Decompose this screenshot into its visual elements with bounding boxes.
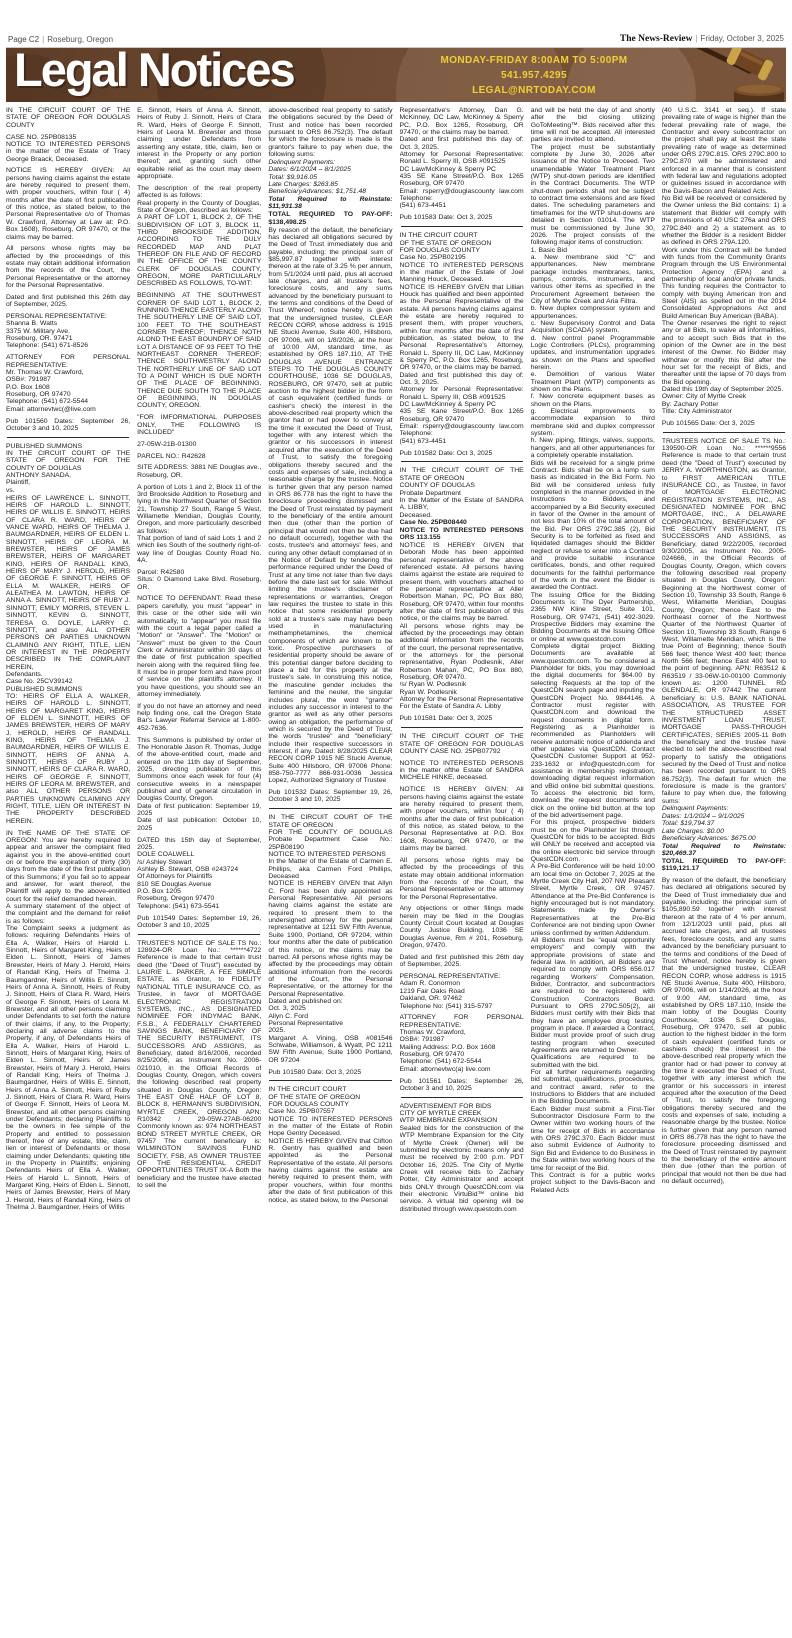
notice-separator xyxy=(138,934,260,935)
separator: | xyxy=(42,35,44,44)
notice-column-5: and will be held the day of and shortly … xyxy=(531,107,655,1626)
office-hours: MONDAY-FRIDAY 8:00AM TO 5:00PM xyxy=(400,53,668,68)
notice-paragraph: By reason of the default, the beneficiar… xyxy=(662,877,786,1185)
notice-paragraph: Case No. 25PB08440 NOTICE TO INTERESTED … xyxy=(400,519,524,541)
notice-paragraph: Pub 101565 Date: Oct 3, 2025 xyxy=(662,420,786,427)
notice-paragraph: NOTICE IS HEREBY GIVEN: All persons havi… xyxy=(6,167,130,240)
notice-paragraph: Pub 101581 Date: Oct 3, 2025 xyxy=(400,715,524,722)
notice-paragraph: HEIRS OF LAWRENCE L. SINNOTT, HEIRS OF H… xyxy=(6,495,130,825)
phone-number: 541.957.4295 xyxy=(400,68,668,83)
notice-paragraph: "FOR IMFORMATIONAL PURPOSES ONLY, THE FO… xyxy=(137,414,261,436)
notice-paragraph: All persons whose rights may be affected… xyxy=(400,857,524,901)
page-number-location: Page C2|Roseburg, Oregon xyxy=(8,35,113,44)
notice-paragraph: The description of the real property aff… xyxy=(137,185,261,288)
notice-paragraph: This Summons is published by order of Th… xyxy=(137,737,261,832)
notice-paragraph: E. Sinnott, Heirs of Anna A. Sinnott, He… xyxy=(137,107,261,180)
notice-paragraph: Dated and first published this 26th day … xyxy=(400,954,524,969)
notice-paragraph: Delinquent Payments: Dates: 1/1/2024 – 9… xyxy=(662,805,786,842)
notice-paragraph: IN THE CIRCUIT COURT OF THE STATE OF ORE… xyxy=(268,1086,392,1204)
notice-paragraph: Parcel: R42580 Situs: 0 Diamond Lake Blv… xyxy=(137,569,261,591)
notice-paragraph: All persons whose rights may be affected… xyxy=(6,245,130,289)
notice-paragraph: NOTICE TO DEFENDANT: Read these papers c… xyxy=(137,595,261,698)
notice-separator xyxy=(7,437,129,438)
notice-paragraph: NOTICE IS HEREBY GIVEN: All persons havi… xyxy=(400,786,524,852)
newspaper-title: The News-Review xyxy=(620,34,693,44)
notice-paragraph: By reason of the default, the beneficiar… xyxy=(268,227,392,785)
notice-separator xyxy=(401,727,523,728)
notice-paragraph: IN THE CIRCUIT COURT OF THE STATE OF ORE… xyxy=(400,232,524,445)
notice-paragraph: DATED this 15th day of September, 2025. … xyxy=(137,837,261,910)
notice-paragraph: ADVERTISEMENT FOR BIDS CITY OF MYRTLE CR… xyxy=(400,1103,524,1213)
notice-column-2: E. Sinnott, Heirs of Anna A. Sinnott, He… xyxy=(137,107,261,1626)
notice-paragraph: PERSONAL REPRESENTATIVE: Shanna B. Watts… xyxy=(6,313,130,350)
paper-name-date: The News-Review|Friday, October 3, 2025 xyxy=(620,34,784,44)
gavel-icon xyxy=(678,48,786,102)
notice-paragraph: PUBLISHED SUMMONS IN THE CIRCUIT COURT O… xyxy=(6,443,130,494)
notice-paragraph: Representative's Attorney, Dan G. McKinn… xyxy=(400,107,524,210)
notice-paragraph: Delinquent Payments: Dates: 6/1/2024 – 8… xyxy=(268,159,392,196)
notice-column-3: above-described real property to satisfy… xyxy=(268,107,392,1626)
notice-separator xyxy=(663,432,785,433)
notice-column-4: Representative's Attorney, Dan G. McKinn… xyxy=(400,107,524,1626)
notice-paragraph: Any objections or other filings made her… xyxy=(400,905,524,949)
notice-paragraph: If you do not have an attorney and need … xyxy=(137,703,261,732)
notice-paragraph: IN THE CIRCUIT COURT OF THE STATE OF ORE… xyxy=(268,814,392,1064)
notice-paragraph: SITE ADDRESS: 3881 NE Douglas ave., Rose… xyxy=(137,464,261,479)
notice-paragraph: Pub 101532 Dates: September 19, 26, Octo… xyxy=(268,789,392,804)
notice-paragraph: TRUSTEES NOTICE OF SALE TS No.: 139590-O… xyxy=(662,438,786,805)
notice-paragraph: BEGINNING AT THE SOUTHWEST CORNER OF SAI… xyxy=(137,292,261,410)
notice-paragraph: above-described real property to satisfy… xyxy=(268,107,392,158)
notice-paragraph: NOTICE IS HEREBY GIVEN that Deborah Mode… xyxy=(400,542,524,711)
location-label: Roseburg, Oregon xyxy=(47,35,113,44)
notice-paragraph: CASE NO. 25PB08135 NOTICE TO INTERESTED … xyxy=(6,134,130,163)
notice-separator xyxy=(269,1080,391,1081)
newspaper-page: Page C2|Roseburg, Oregon The News-Review… xyxy=(0,0,792,1638)
notice-paragraph: Dated and first published this 26th day … xyxy=(6,294,130,309)
separator: | xyxy=(695,34,697,43)
notice-column-1: IN THE CIRCUIT COURT OF THE STATE OF ORE… xyxy=(6,107,130,1626)
page-number: Page C2 xyxy=(8,35,39,44)
notice-paragraph: Total Required to Reinstate: $11,931.38 xyxy=(268,196,392,211)
notice-paragraph: IN THE CIRCUIT COURT OF THE STATE OF ORE… xyxy=(400,467,524,518)
notice-paragraph: Pub 101561 Dates: September 26, October … xyxy=(400,1078,524,1093)
section-title: Legal Notices xyxy=(14,48,294,97)
notice-paragraph: ATTORNEY FOR PERSONAL REPRESENTATIVE: Th… xyxy=(400,1014,524,1073)
page-header: Page C2|Roseburg, Oregon The News-Review… xyxy=(6,0,786,48)
notice-paragraph: IN THE NAME OF THE STATE OF OREGON: You … xyxy=(6,830,130,1212)
notice-paragraph: Pub 101549 Dates: September 19, 26, Octo… xyxy=(137,915,261,930)
notice-paragraph: Pub 101582 Date: Oct 3, 2025 xyxy=(400,450,524,457)
notice-separator xyxy=(401,461,523,462)
notice-paragraph: ATTORNEY FOR PERSONAL REPRESENTATIVE: Mr… xyxy=(6,354,130,413)
notice-paragraph: IN THE CIRCUIT COURT OF THE STATE OF ORE… xyxy=(400,733,524,755)
legal-notices-columns: IN THE CIRCUIT COURT OF THE STATE OF ORE… xyxy=(6,102,786,1626)
notice-paragraph: Pub 101560 Dates: September 26, October … xyxy=(6,418,130,433)
notice-paragraph: IN THE CIRCUIT COURT OF THE STATE OF ORE… xyxy=(6,107,130,129)
notice-separator xyxy=(401,1097,523,1098)
notice-separator xyxy=(401,226,523,227)
notice-paragraph: and will be held the day of and shortly … xyxy=(531,107,655,1194)
legal-notices-banner: Legal Notices MONDAY-FRIDAY 8:00AM TO 5:… xyxy=(6,48,786,102)
issue-date: Friday, October 3, 2025 xyxy=(701,34,784,43)
notice-separator xyxy=(269,808,391,809)
notice-paragraph: PERSONAL REPRESENTATIVE: Adam R. Conormo… xyxy=(400,973,524,1010)
notice-paragraph: (40 U.S.C. 3141 et seq.). If state preva… xyxy=(662,107,786,415)
notice-paragraph: Total Required to Reinstate: $20,469.37 xyxy=(662,843,786,858)
notice-paragraph: NOTICE TO INTERESTED PERSONS in the matt… xyxy=(400,760,524,782)
notice-paragraph: A portion of Lots 1 and 2, Block 11 of t… xyxy=(137,484,261,565)
contact-info: MONDAY-FRIDAY 8:00AM TO 5:00PM 541.957.4… xyxy=(400,53,668,98)
notice-paragraph: TOTAL REQUIRED TO PAY-OFF: $119,121.17 xyxy=(662,858,786,873)
notice-paragraph: TRUSTEE'S NOTICE OF SALE TS No.: 128924-… xyxy=(137,940,261,1190)
notice-paragraph: Pub 101583 Date: Oct 3, 2025 xyxy=(400,214,524,221)
notice-paragraph: TOTAL REQUIRED TO PAY-OFF: $138,498.25 xyxy=(268,211,392,226)
notice-column-6: (40 U.S.C. 3141 et seq.). If state preva… xyxy=(662,107,786,1626)
email-address: LEGAL@NRTODAY.COM xyxy=(400,83,668,98)
notice-paragraph: 27-05W-21B-01300 xyxy=(137,441,261,448)
notice-paragraph: Pub 101580 Date: Oct 3, 2025 xyxy=(268,1069,392,1076)
notice-paragraph: PARCEL NO.: R42628 xyxy=(137,453,261,460)
